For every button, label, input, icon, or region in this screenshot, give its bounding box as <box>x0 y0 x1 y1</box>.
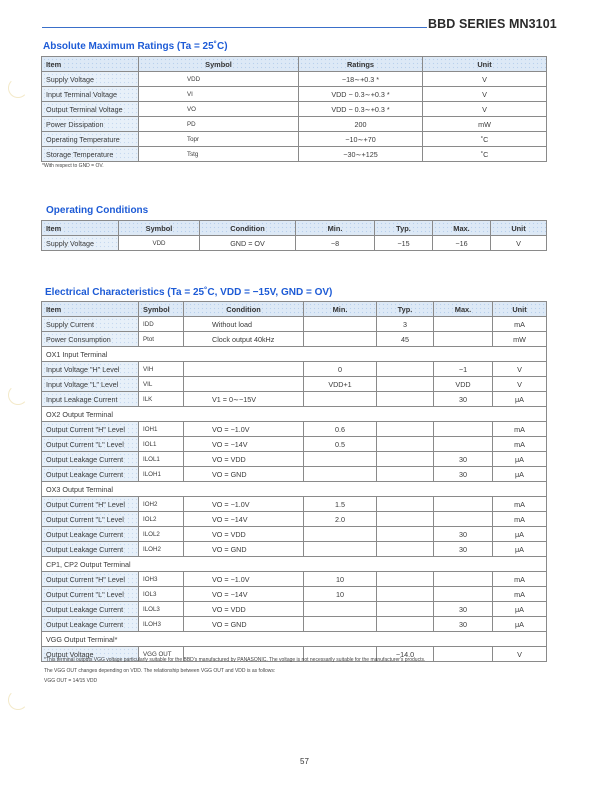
value-cell: mA <box>493 437 547 452</box>
value-cell: −18∼+0.3 * <box>299 72 423 87</box>
value-cell: 10 <box>304 572 377 587</box>
value-cell <box>377 587 434 602</box>
binder-hole-mark <box>8 690 28 710</box>
table-row: Output Leakage CurrentILOL3VO = VDD30μA <box>42 602 547 617</box>
item-cell: Output Terminal Voltage <box>42 102 139 117</box>
header-rule <box>42 27 427 28</box>
value-cell: VDD − 0.3∼+0.3 * <box>299 87 423 102</box>
value-cell: 0.5 <box>304 437 377 452</box>
value-cell <box>377 467 434 482</box>
table-row: Output Current "H" LevelIOH2VO = −1.0V1.… <box>42 497 547 512</box>
table-row: Operating TemperatureTopr−10∼+70˚C <box>42 132 547 147</box>
value-cell <box>377 437 434 452</box>
column-header: Item <box>42 302 139 317</box>
value-cell <box>377 497 434 512</box>
value-cell: 1.5 <box>304 497 377 512</box>
value-cell: VO = VDD <box>184 527 304 542</box>
table-row: Output Leakage CurrentILOL2VO = VDD30μA <box>42 527 547 542</box>
section-label: CP1, CP2 Output Terminal <box>42 557 547 572</box>
item-cell: Output Current "H" Level <box>42 572 139 587</box>
value-cell: μA <box>493 452 547 467</box>
value-cell: VDD <box>119 236 200 251</box>
value-cell: VDD − 0.3∼+0.3 * <box>299 102 423 117</box>
value-cell <box>184 362 304 377</box>
value-cell: ILOL3 <box>139 602 184 617</box>
value-cell <box>377 362 434 377</box>
section-label: VGG Output Terminal* <box>42 632 547 647</box>
value-cell: ILOH2 <box>139 542 184 557</box>
section-row: OX1 Input Terminal <box>42 347 547 362</box>
value-cell: VO = VDD <box>184 602 304 617</box>
item-cell: Output Leakage Current <box>42 617 139 632</box>
table-row: Power DissipationPD200mW <box>42 117 547 132</box>
value-cell: ILOL2 <box>139 527 184 542</box>
value-cell: V <box>491 236 547 251</box>
value-cell: ILOH3 <box>139 617 184 632</box>
table-row: Output Leakage CurrentILOH1VO = GND30μA <box>42 467 547 482</box>
value-cell: 30 <box>434 392 493 407</box>
value-cell: IDD <box>139 317 184 332</box>
item-cell: Output Current "L" Level <box>42 437 139 452</box>
table-row: Supply CurrentIDDWithout load3mA <box>42 317 547 332</box>
item-cell: Input Terminal Voltage <box>42 87 139 102</box>
value-cell: VIL <box>139 377 184 392</box>
item-cell: Output Leakage Current <box>42 467 139 482</box>
table-row: Supply VoltageVDDGND = OV−8−15−16V <box>42 236 547 251</box>
column-header: Typ. <box>375 221 433 236</box>
column-header: Symbol <box>139 302 184 317</box>
value-cell <box>304 317 377 332</box>
absolute-max-footnote: *With respect to GND = OV. <box>42 163 104 169</box>
table-row: Output Leakage CurrentILOL1VO = VDD30μA <box>42 452 547 467</box>
value-cell <box>434 332 493 347</box>
value-cell <box>434 422 493 437</box>
value-cell: VO = −1.0V <box>184 572 304 587</box>
item-cell: Storage Temperature <box>42 147 139 162</box>
section-label: OX3 Output Terminal <box>42 482 547 497</box>
section-row: VGG Output Terminal* <box>42 632 547 647</box>
column-header: Unit <box>491 221 547 236</box>
item-cell: Power Dissipation <box>42 117 139 132</box>
value-cell: V <box>493 377 547 392</box>
value-cell: 2.0 <box>304 512 377 527</box>
table-row: Output Current "L" LevelIOL1VO = −14V0.5… <box>42 437 547 452</box>
value-cell <box>377 617 434 632</box>
value-cell: 30 <box>434 527 493 542</box>
value-cell: V <box>423 72 547 87</box>
value-cell: μA <box>493 542 547 557</box>
operating-conditions-table: ItemSymbolConditionMin.Typ.Max.Unit Supp… <box>41 220 547 251</box>
value-cell: mA <box>493 422 547 437</box>
value-cell: Without load <box>184 317 304 332</box>
item-cell: Output Current "H" Level <box>42 422 139 437</box>
value-cell: VO = −1.0V <box>184 422 304 437</box>
value-cell: −10∼+70 <box>299 132 423 147</box>
vgg-note-3: VGG OUT = 14/15 VDD <box>44 678 97 684</box>
item-cell: Operating Temperature <box>42 132 139 147</box>
table-row: Input Voltage "H" LevelVIH0−1V <box>42 362 547 377</box>
item-cell: Output Current "H" Level <box>42 497 139 512</box>
value-cell: μA <box>493 617 547 632</box>
column-header: Unit <box>493 302 547 317</box>
value-cell <box>304 392 377 407</box>
value-cell: ILK <box>139 392 184 407</box>
value-cell: 45 <box>377 332 434 347</box>
item-cell: Input Voltage "L" Level <box>42 377 139 392</box>
value-cell: VO = −1.0V <box>184 497 304 512</box>
table-row: Power ConsumptionPtotClock output 40kHz4… <box>42 332 547 347</box>
value-cell <box>304 542 377 557</box>
value-cell <box>377 422 434 437</box>
value-cell: V <box>423 102 547 117</box>
value-cell: V <box>493 362 547 377</box>
value-cell: VO = −14V <box>184 512 304 527</box>
item-cell: Output Leakage Current <box>42 542 139 557</box>
value-cell: 30 <box>434 542 493 557</box>
value-cell <box>434 317 493 332</box>
value-cell <box>377 542 434 557</box>
column-header: Condition <box>200 221 296 236</box>
value-cell: IOL1 <box>139 437 184 452</box>
value-cell <box>434 587 493 602</box>
value-cell: VO <box>139 102 299 117</box>
value-cell: Tstg <box>139 147 299 162</box>
value-cell: −30∼+125 <box>299 147 423 162</box>
value-cell: VDD <box>434 377 493 392</box>
column-header: Unit <box>423 57 547 72</box>
value-cell <box>434 437 493 452</box>
value-cell: GND = OV <box>200 236 296 251</box>
vgg-note-1: *This terminal outputs VGG voltage parti… <box>44 657 425 663</box>
table-row: Output Current "H" LevelIOH3VO = −1.0V10… <box>42 572 547 587</box>
value-cell <box>434 497 493 512</box>
value-cell: ˚C <box>423 132 547 147</box>
value-cell <box>377 392 434 407</box>
value-cell: −1 <box>434 362 493 377</box>
value-cell <box>304 527 377 542</box>
table-row: Output Leakage CurrentILOH2VO = GND30μA <box>42 542 547 557</box>
value-cell: VO = −14V <box>184 587 304 602</box>
value-cell <box>434 647 493 662</box>
value-cell: −15 <box>375 236 433 251</box>
value-cell: Ptot <box>139 332 184 347</box>
item-cell: Supply Current <box>42 317 139 332</box>
value-cell <box>304 467 377 482</box>
column-header: Min. <box>304 302 377 317</box>
section-label: OX1 Input Terminal <box>42 347 547 362</box>
value-cell <box>434 572 493 587</box>
page-number: 57 <box>300 757 309 766</box>
value-cell <box>434 512 493 527</box>
table-row: Supply VoltageVDD−18∼+0.3 *V <box>42 72 547 87</box>
value-cell: 30 <box>434 617 493 632</box>
value-cell: mA <box>493 497 547 512</box>
value-cell: μA <box>493 602 547 617</box>
value-cell: VO = −14V <box>184 437 304 452</box>
value-cell <box>377 572 434 587</box>
value-cell: PD <box>139 117 299 132</box>
table-row: Output Current "L" LevelIOL3VO = −14V10m… <box>42 587 547 602</box>
section-label: OX2 Output Terminal <box>42 407 547 422</box>
vgg-note-2: The VGG OUT changes depending on VDD. Th… <box>44 668 275 674</box>
item-cell: Supply Voltage <box>42 72 139 87</box>
value-cell: μA <box>493 527 547 542</box>
absolute-max-table: ItemSymbolRatingsUnit Supply VoltageVDD−… <box>41 56 547 162</box>
binder-hole-mark <box>8 78 28 98</box>
item-cell: Supply Voltage <box>42 236 119 251</box>
value-cell <box>184 377 304 392</box>
value-cell: mA <box>493 587 547 602</box>
value-cell <box>377 377 434 392</box>
value-cell <box>377 527 434 542</box>
column-header: Max. <box>434 302 493 317</box>
value-cell: ˚C <box>423 147 547 162</box>
value-cell: IOH1 <box>139 422 184 437</box>
table-row: Storage TemperatureTstg−30∼+125˚C <box>42 147 547 162</box>
column-header: Condition <box>184 302 304 317</box>
operating-conditions-title: Operating Conditions <box>46 205 148 216</box>
value-cell: mA <box>493 512 547 527</box>
table-row: Input Terminal VoltageVIVDD − 0.3∼+0.3 *… <box>42 87 547 102</box>
table-row: Output Terminal VoltageVOVDD − 0.3∼+0.3 … <box>42 102 547 117</box>
value-cell: 200 <box>299 117 423 132</box>
column-header: Item <box>42 57 139 72</box>
value-cell: 0 <box>304 362 377 377</box>
value-cell: 3 <box>377 317 434 332</box>
value-cell <box>377 452 434 467</box>
value-cell <box>377 512 434 527</box>
item-cell: Output Current "L" Level <box>42 512 139 527</box>
value-cell: 30 <box>434 467 493 482</box>
item-cell: Output Current "L" Level <box>42 587 139 602</box>
value-cell: −16 <box>433 236 491 251</box>
binder-hole-mark <box>8 385 28 405</box>
item-cell: Output Leakage Current <box>42 452 139 467</box>
item-cell: Output Leakage Current <box>42 527 139 542</box>
table-row: Input Leakage CurrentILKV1 = 0∼−15V30μA <box>42 392 547 407</box>
value-cell: 0.6 <box>304 422 377 437</box>
table-row: Output Current "L" LevelIOL2VO = −14V2.0… <box>42 512 547 527</box>
value-cell: 30 <box>434 602 493 617</box>
section-row: CP1, CP2 Output Terminal <box>42 557 547 572</box>
value-cell: μA <box>493 392 547 407</box>
value-cell: 10 <box>304 587 377 602</box>
value-cell <box>304 332 377 347</box>
column-header: Typ. <box>377 302 434 317</box>
item-cell: Power Consumption <box>42 332 139 347</box>
table-row: Output Current "H" LevelIOH1VO = −1.0V0.… <box>42 422 547 437</box>
value-cell: Topr <box>139 132 299 147</box>
value-cell: Clock output 40kHz <box>184 332 304 347</box>
value-cell: 30 <box>434 452 493 467</box>
series-title: BBD SERIES MN3101 <box>428 17 557 31</box>
column-header: Ratings <box>299 57 423 72</box>
table-row: Output Leakage CurrentILOH3VO = GND30μA <box>42 617 547 632</box>
value-cell: −8 <box>296 236 375 251</box>
item-cell: Input Voltage "H" Level <box>42 362 139 377</box>
value-cell: mA <box>493 572 547 587</box>
value-cell <box>304 617 377 632</box>
value-cell: VDD+1 <box>304 377 377 392</box>
value-cell: VI <box>139 87 299 102</box>
value-cell: ILOH1 <box>139 467 184 482</box>
column-header: Max. <box>433 221 491 236</box>
electrical-characteristics-title: Electrical Characteristics (Ta = 25˚C, V… <box>45 287 332 298</box>
value-cell: IOL2 <box>139 512 184 527</box>
value-cell: VIH <box>139 362 184 377</box>
value-cell: VDD <box>139 72 299 87</box>
value-cell <box>304 452 377 467</box>
value-cell: IOL3 <box>139 587 184 602</box>
value-cell: ILOL1 <box>139 452 184 467</box>
column-header: Min. <box>296 221 375 236</box>
value-cell: μA <box>493 467 547 482</box>
value-cell <box>304 602 377 617</box>
value-cell: mW <box>493 332 547 347</box>
absolute-max-title: Absolute Maximum Ratings (Ta = 25˚C) <box>43 41 228 52</box>
value-cell: VO = VDD <box>184 452 304 467</box>
value-cell: mW <box>423 117 547 132</box>
value-cell <box>377 602 434 617</box>
electrical-characteristics-table: ItemSymbolConditionMin.Typ.Max.Unit Supp… <box>41 301 547 662</box>
column-header: Symbol <box>119 221 200 236</box>
item-cell: Output Leakage Current <box>42 602 139 617</box>
value-cell: V1 = 0∼−15V <box>184 392 304 407</box>
value-cell: V <box>423 87 547 102</box>
column-header: Item <box>42 221 119 236</box>
value-cell: V <box>493 647 547 662</box>
table-row: Input Voltage "L" LevelVILVDD+1VDDV <box>42 377 547 392</box>
value-cell: IOH3 <box>139 572 184 587</box>
value-cell: mA <box>493 317 547 332</box>
section-row: OX2 Output Terminal <box>42 407 547 422</box>
item-cell: Input Leakage Current <box>42 392 139 407</box>
value-cell: VO = GND <box>184 467 304 482</box>
value-cell: VO = GND <box>184 542 304 557</box>
value-cell: VO = GND <box>184 617 304 632</box>
column-header: Symbol <box>139 57 299 72</box>
value-cell: IOH2 <box>139 497 184 512</box>
section-row: OX3 Output Terminal <box>42 482 547 497</box>
